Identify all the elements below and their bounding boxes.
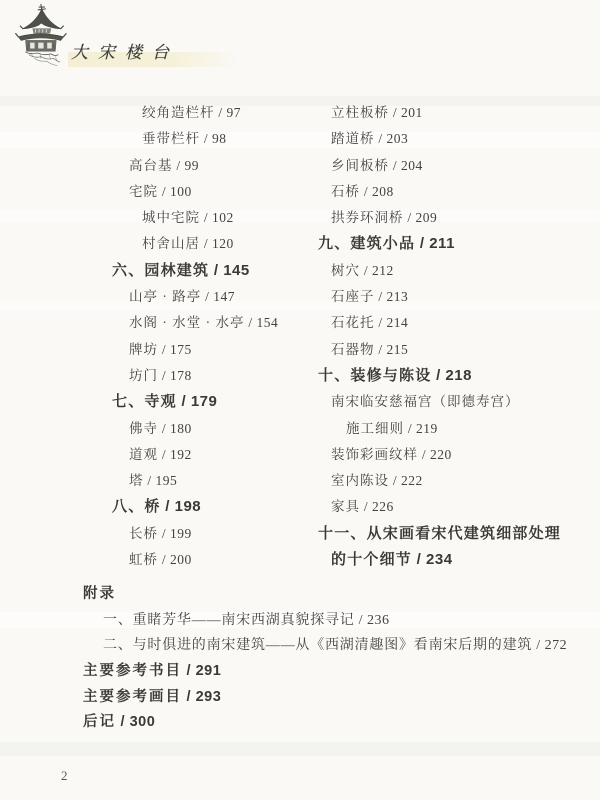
entry-page-number: / 236 <box>355 613 390 628</box>
entry-page-number: / 215 <box>375 342 409 357</box>
toc-entry: 踏道桥 / 203 <box>318 126 588 152</box>
entry-label: 主要参考书目 <box>83 663 182 679</box>
entry-label: 南宋临安慈福宫（即德寿宫） <box>331 394 520 409</box>
appendix-entry: 附录 <box>83 582 583 608</box>
entry-label: 水阁 · 水堂 · 水亭 <box>129 315 245 330</box>
toc-entry: 道观 / 192 <box>112 442 322 468</box>
toc-entry: 十一、从宋画看宋代建筑细部处理 <box>318 521 588 547</box>
entry-page-number: / 120 <box>200 236 234 251</box>
entry-label: 牌坊 <box>129 342 158 357</box>
page-number: 2 <box>61 768 68 784</box>
toc-entry: 家具 / 226 <box>318 494 588 520</box>
entry-label: 山亭 · 路亭 <box>129 289 201 304</box>
entry-page-number: / 179 <box>177 393 218 410</box>
entry-page-number: / 154 <box>245 315 279 330</box>
entry-label: 树穴 <box>331 263 360 278</box>
entry-label: 拱券环洞桥 <box>331 210 404 225</box>
entry-label: 十、装修与陈设 <box>318 367 431 384</box>
entry-label: 六、园林建筑 <box>112 262 209 279</box>
toc-entry: 绞角造栏杆 / 97 <box>112 100 322 126</box>
toc-entry: 虹桥 / 200 <box>112 547 322 573</box>
toc-entry: 水阁 · 水堂 · 水亭 / 154 <box>112 310 322 336</box>
entry-label: 村舍山居 <box>142 236 200 251</box>
entry-page-number: / 102 <box>200 210 234 225</box>
entry-page-number: / 198 <box>161 498 202 515</box>
entry-page-number: / 213 <box>375 289 409 304</box>
pagoda-ink-sketch-icon <box>13 2 67 68</box>
toc-entry: 乡间板桥 / 204 <box>318 153 588 179</box>
toc-entry: 高台基 / 99 <box>112 153 322 179</box>
entry-label: 踏道桥 <box>331 131 375 146</box>
entry-label: 七、寺观 <box>112 393 177 410</box>
toc-entry: 施工细则 / 219 <box>318 416 588 442</box>
entry-page-number: / 203 <box>375 131 409 146</box>
entry-label: 的十个细节 <box>331 551 412 568</box>
toc-entry: 垂带栏杆 / 98 <box>112 126 322 152</box>
page-header: 大宋楼台 <box>0 0 600 90</box>
toc-entry: 长桥 / 199 <box>112 521 322 547</box>
entry-page-number: / 99 <box>173 158 200 173</box>
entry-label: 十一、从宋画看宋代建筑细部处理 <box>318 525 561 542</box>
entry-page-number: / 222 <box>389 473 423 488</box>
toc-entry: 石器物 / 215 <box>318 337 588 363</box>
toc-column-left: 绞角造栏杆 / 97垂带栏杆 / 98高台基 / 99宅院 / 100城中宅院 … <box>112 100 322 573</box>
entry-page-number: / 300 <box>116 714 155 730</box>
entry-label: 城中宅院 <box>142 210 200 225</box>
entry-label: 乡间板桥 <box>331 158 389 173</box>
toc-entry: 的十个细节 / 234 <box>318 547 588 573</box>
entry-page-number: / 211 <box>415 235 455 252</box>
appendix-entry: 二、与时俱进的南宋建筑——从《西湖清趣图》看南宋后期的建筑 / 272 <box>83 633 583 659</box>
appendix-entry: 主要参考画目 / 293 <box>83 685 583 711</box>
toc-entry: 装饰彩画纹样 / 220 <box>318 442 588 468</box>
entry-label: 虹桥 <box>129 552 158 567</box>
toc-column-right: 立柱板桥 / 201踏道桥 / 203乡间板桥 / 204石桥 / 208拱券环… <box>318 100 588 573</box>
appendix-entry: 主要参考书目 / 291 <box>83 659 583 685</box>
toc-entry: 室内陈设 / 222 <box>318 468 588 494</box>
entry-page-number: / 147 <box>201 289 235 304</box>
entry-page-number: / 178 <box>158 368 192 383</box>
entry-page-number: / 209 <box>404 210 438 225</box>
entry-label: 垂带栏杆 <box>142 131 200 146</box>
entry-label: 塔 <box>129 473 144 488</box>
entry-page-number: / 98 <box>200 131 227 146</box>
entry-label: 石器物 <box>331 342 375 357</box>
toc-entry: 南宋临安慈福宫（即德寿宫） <box>318 389 588 415</box>
entry-page-number: / 226 <box>360 499 394 514</box>
entry-label: 石座子 <box>331 289 375 304</box>
entry-page-number: / 291 <box>182 663 221 679</box>
toc-entry: 石花托 / 214 <box>318 310 588 336</box>
entry-label: 主要参考画目 <box>83 689 182 705</box>
entry-page-number: / 220 <box>418 447 452 462</box>
entry-page-number: / 145 <box>209 262 250 279</box>
entry-page-number: / 208 <box>360 184 394 199</box>
book-toc-page: 大宋楼台 绞角造栏杆 / 97垂带栏杆 / 98高台基 / 99宅院 / 100… <box>0 0 600 800</box>
toc-entry: 八、桥 / 198 <box>112 494 322 520</box>
entry-page-number: / 201 <box>389 105 423 120</box>
entry-label: 高台基 <box>129 158 173 173</box>
toc-entry: 石座子 / 213 <box>318 284 588 310</box>
entry-label: 坊门 <box>129 368 158 383</box>
toc-entry: 佛寺 / 180 <box>112 416 322 442</box>
entry-page-number: / 195 <box>144 473 178 488</box>
entry-label: 宅院 <box>129 184 158 199</box>
entry-label: 二、与时俱进的南宋建筑——从《西湖清趣图》看南宋后期的建筑 <box>103 638 532 653</box>
entry-page-number: / 219 <box>404 421 438 436</box>
entry-label: 后记 <box>83 714 116 730</box>
toc-entry: 牌坊 / 175 <box>112 337 322 363</box>
toc-entry: 宅院 / 100 <box>112 179 322 205</box>
toc-entry: 坊门 / 178 <box>112 363 322 389</box>
entry-page-number: / 204 <box>389 158 423 173</box>
entry-page-number: / 100 <box>158 184 192 199</box>
toc-entry: 立柱板桥 / 201 <box>318 100 588 126</box>
entry-label: 装饰彩画纹样 <box>331 447 418 462</box>
entry-label: 九、建筑小品 <box>318 235 415 252</box>
book-title: 大宋楼台 <box>71 38 179 63</box>
toc-entry: 树穴 / 212 <box>318 258 588 284</box>
entry-label: 附录 <box>83 586 116 602</box>
toc-entry: 塔 / 195 <box>112 468 322 494</box>
entry-label: 道观 <box>129 447 158 462</box>
entry-page-number: / 180 <box>158 421 192 436</box>
entry-label: 石桥 <box>331 184 360 199</box>
toc-entry: 山亭 · 路亭 / 147 <box>112 284 322 310</box>
entry-label: 家具 <box>331 499 360 514</box>
entry-label: 绞角造栏杆 <box>142 105 215 120</box>
entry-label: 石花托 <box>331 315 375 330</box>
entry-page-number: / 175 <box>158 342 192 357</box>
entry-page-number: / 218 <box>431 367 472 384</box>
toc-entry: 石桥 / 208 <box>318 179 588 205</box>
toc-entry: 七、寺观 / 179 <box>112 389 322 415</box>
entry-page-number: / 200 <box>158 552 192 567</box>
entry-page-number: / 272 <box>532 638 567 653</box>
entry-page-number: / 192 <box>158 447 192 462</box>
appendix-section: 附录一、重睹芳华——南宋西湖真貌探寻记 / 236二、与时俱进的南宋建筑——从《… <box>83 582 583 736</box>
appendix-entry: 后记 / 300 <box>83 710 583 736</box>
entry-label: 长桥 <box>129 526 158 541</box>
entry-label: 一、重睹芳华——南宋西湖真貌探寻记 <box>103 613 355 628</box>
entry-label: 佛寺 <box>129 421 158 436</box>
entry-page-number: / 97 <box>215 105 242 120</box>
entry-label: 八、桥 <box>112 498 161 515</box>
toc-entry: 拱券环洞桥 / 209 <box>318 205 588 231</box>
toc-entry: 六、园林建筑 / 145 <box>112 258 322 284</box>
entry-label: 立柱板桥 <box>331 105 389 120</box>
toc-entry: 村舍山居 / 120 <box>112 231 322 257</box>
entry-label: 施工细则 <box>346 421 404 436</box>
entry-page-number: / 293 <box>182 689 221 705</box>
entry-page-number: / 212 <box>360 263 394 278</box>
entry-page-number: / 214 <box>375 315 409 330</box>
appendix-entry: 一、重睹芳华——南宋西湖真貌探寻记 / 236 <box>83 608 583 634</box>
scan-streak <box>0 742 600 756</box>
entry-page-number: / 234 <box>412 551 453 568</box>
toc-entry: 十、装修与陈设 / 218 <box>318 363 588 389</box>
toc-entry: 九、建筑小品 / 211 <box>318 231 588 257</box>
entry-label: 室内陈设 <box>331 473 389 488</box>
toc-entry: 城中宅院 / 102 <box>112 205 322 231</box>
entry-page-number: / 199 <box>158 526 192 541</box>
